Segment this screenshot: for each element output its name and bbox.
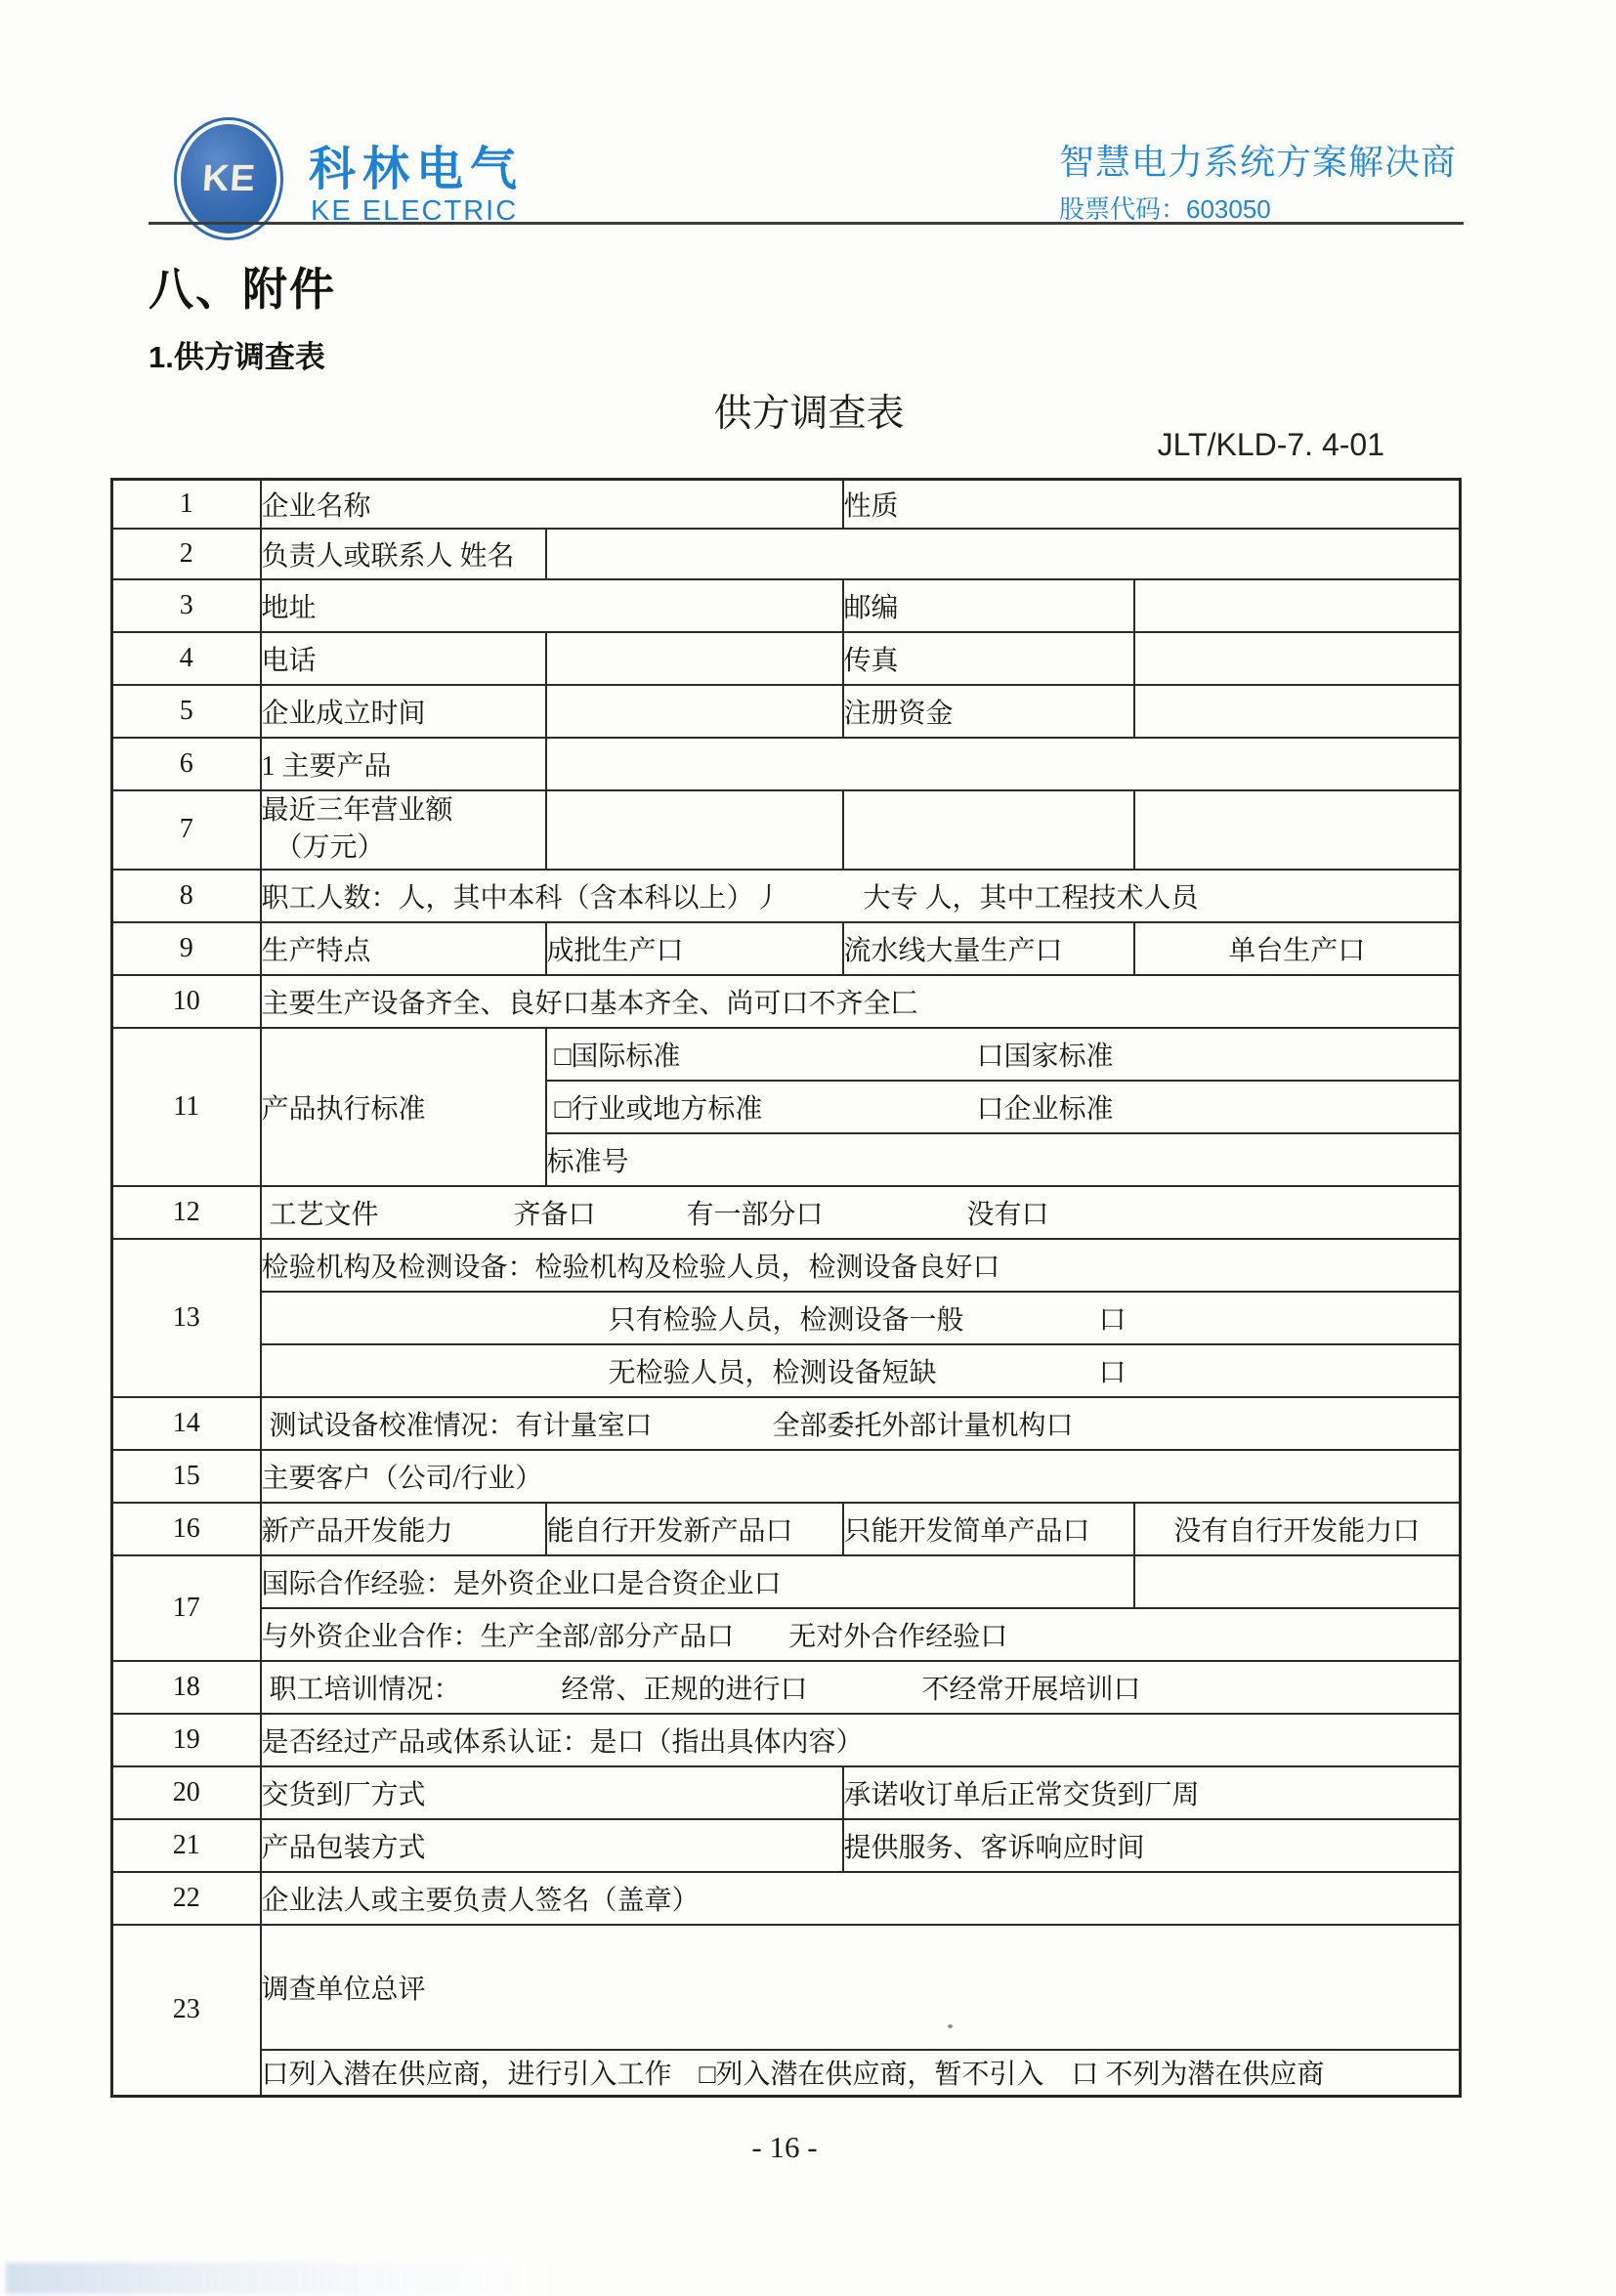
row20-number: 20 (112, 1766, 261, 1819)
row9-option-single-unit: 单台生产口 (1134, 922, 1461, 975)
table-row-1: 1 企业名称 性质 (112, 480, 1461, 529)
row11-option-industry-standard: □行业或地方标准 (555, 1087, 763, 1127)
row13-checkbox-average: 口 (1099, 1298, 1127, 1338)
row13-checkbox-lacking: 口 (1099, 1351, 1127, 1390)
row14-option-metrology-room: 测试设备校准情况：有计量室口 (270, 1404, 653, 1443)
table-row-3: 3 地址 邮编 (112, 579, 1461, 632)
row10-number: 10 (112, 975, 261, 1028)
row15-label-main-customers: 主要客户（公司/行业） (261, 1450, 1461, 1503)
row3-label-postcode: 邮编 (843, 579, 1134, 632)
table-row-6: 6 1 主要产品 (112, 738, 1461, 790)
row11-label-standard-number: 标准号 (546, 1133, 1461, 1186)
row11-label-product-standards: 产品执行标准 (261, 1028, 546, 1186)
row20-label-delivery-method: 交货到厂方式 (261, 1766, 843, 1819)
header-tagline: 智慧电力系统方案解决商 (1059, 135, 1457, 185)
row3-number: 3 (112, 579, 261, 632)
table-row-22: 22 企业法人或主要负责人签名（盖章） (112, 1872, 1461, 1925)
row4-label-fax: 传真 (843, 632, 1134, 685)
scan-smudge-artifact (6, 2263, 558, 2294)
row3-label-address: 地址 (261, 579, 843, 632)
header-divider-rule (149, 222, 1464, 225)
row16-label-rnd-capability: 新产品开发能力 (261, 1503, 546, 1555)
row13-inspection-good: 检验机构及检测设备：检验机构及检验人员，检测设备良好口 (261, 1239, 1461, 1292)
row2-label-contact-name: 负责人或联系人 姓名 (261, 529, 546, 579)
row2-value-blank (546, 529, 1461, 579)
row2-number: 2 (112, 529, 261, 579)
scanned-document-page: KE 科林电气 KE ELECTRIC 智慧电力系统方案解决商 股票代码：603… (0, 0, 1616, 2296)
row7-number: 7 (112, 790, 261, 870)
document-code: JLT/KLD-7. 4-01 (1068, 427, 1384, 463)
row1-label-company-name: 企业名称 (261, 480, 843, 529)
table-row-2: 2 负责人或联系人 姓名 (112, 529, 1461, 579)
row16-number: 16 (112, 1503, 261, 1555)
row6-number: 6 (112, 738, 261, 790)
row4-label-phone: 电话 (261, 632, 546, 685)
row17-intl-cooperation: 国际合作经验：是外资企业口是合资企业口 (261, 1555, 1134, 1608)
row12-process-documents: 工艺文件 齐备口 有一部分口 没有口 (261, 1186, 1461, 1239)
row15-number: 15 (112, 1450, 261, 1503)
row11-standards-industry-enterprise: □行业或地方标准 口企业标准 (546, 1081, 1461, 1133)
page-number: - 16 - (110, 2130, 1459, 2165)
row11-standards-intl-national: □国际标准 口国家标准 (546, 1028, 1461, 1081)
table-row-17a: 17 国际合作经验：是外资企业口是合资企业口 (112, 1555, 1461, 1608)
row18-option-regular: 经常、正规的进行口 (562, 1668, 808, 1707)
row5-label-registered-capital: 注册资金 (843, 685, 1134, 738)
table-row-10: 10 主要生产设备齐全、良好口基本齐全、尚可口不齐全匚 (112, 975, 1461, 1028)
row12-option-none: 没有口 (967, 1193, 1049, 1232)
row9-option-batch: 成批生产口 (546, 922, 843, 975)
row14-calibration: 测试设备校准情况：有计量室口 全部委托外部计量机构口 (261, 1397, 1461, 1450)
row18-option-irregular: 不经常开展培训口 (922, 1668, 1141, 1707)
table-row-20: 20 交货到厂方式 承诺收订单后正常交货到厂周 (112, 1766, 1461, 1819)
row7-label-revenue: 最近三年营业额 （万元） (261, 790, 546, 870)
table-row-7: 7 最近三年营业额 （万元） (112, 790, 1461, 870)
row14-number: 14 (112, 1397, 261, 1450)
row11-option-intl-standard: □国际标准 (555, 1035, 681, 1074)
row3-value-blank (1134, 579, 1461, 632)
logo-disc: KE (181, 124, 276, 234)
row19-certification: 是否经过产品或体系认证：是口（指出具体内容） (261, 1714, 1461, 1766)
row17-foreign-cooperation: 与外资企业合作：生产全部/部分产品口 无对外合作经验口 (261, 1608, 1461, 1661)
row8-staff-count-text: 职工人数：人，其中本科（含本科以上）丿 大专 人，其中工程技术人员 (261, 870, 1461, 922)
row10-equipment-text: 主要生产设备齐全、良好口基本齐全、尚可口不齐全匚 (261, 975, 1461, 1028)
row13-option-staff-only: 只有检验人员，检测设备一般 (609, 1298, 964, 1338)
table-row-15: 15 主要客户（公司/行业） (112, 1450, 1461, 1503)
row23-supplier-decision-options: 口列入潜在供应商，进行引入工作 □列入潜在供应商，暂不引入 口 不列为潜在供应商 (261, 2050, 1461, 2097)
table-row-5: 5 企业成立时间 注册资金 (112, 685, 1461, 738)
row1-label-nature: 性质 (843, 480, 1461, 529)
row5-number: 5 (112, 685, 261, 738)
table-row-18: 18 职工培训情况： 经常、正规的进行口 不经常开展培训口 (112, 1661, 1461, 1714)
row13-option-no-staff: 无检验人员，检测设备短缺 (609, 1351, 937, 1390)
row7-value-blank-1 (546, 790, 843, 870)
row12-number: 12 (112, 1186, 261, 1239)
row7-label-revenue-line2: （万元） (262, 829, 545, 867)
table-row-4: 4 电话 传真 (112, 632, 1461, 685)
row6-label-main-products: 1 主要产品 (261, 738, 546, 790)
table-row-23b: 口列入潜在供应商，进行引入工作 □列入潜在供应商，暂不引入 口 不列为潜在供应商 (112, 2050, 1461, 2097)
row11-number: 11 (112, 1028, 261, 1186)
row7-value-blank-2 (843, 790, 1134, 870)
row13-inspection-average: 只有检验人员，检测设备一般 口 (261, 1292, 1461, 1344)
row5-label-founded-date: 企业成立时间 (261, 685, 546, 738)
row21-label-packaging: 产品包装方式 (261, 1819, 843, 1872)
row17-value-blank (1134, 1555, 1461, 1608)
row9-option-assembly-line: 流水线大量生产口 (843, 922, 1134, 975)
row13-inspection-lacking: 无检验人员，检测设备短缺 口 (261, 1344, 1461, 1397)
row20-label-delivery-promise: 承诺收订单后正常交货到厂周 (843, 1766, 1461, 1819)
row8-number: 8 (112, 870, 261, 922)
table-row-8: 8 职工人数：人，其中本科（含本科以上）丿 大专 人，其中工程技术人员 (112, 870, 1461, 922)
row18-number: 18 (112, 1661, 261, 1714)
row16-option-self-develop: 能自行开发新产品口 (546, 1503, 843, 1555)
table-row-12: 12 工艺文件 齐备口 有一部分口 没有口 (112, 1186, 1461, 1239)
table-row-13c: 无检验人员，检测设备短缺 口 (112, 1344, 1461, 1397)
row22-label-signature: 企业法人或主要负责人签名（盖章） (261, 1872, 1461, 1925)
row5-value-blank-2 (1134, 685, 1461, 738)
row9-number: 9 (112, 922, 261, 975)
row4-value-blank-2 (1134, 632, 1461, 685)
company-name-cn: 科林电气 (309, 131, 524, 198)
row9-label-production-traits: 生产特点 (261, 922, 546, 975)
row21-number: 21 (112, 1819, 261, 1872)
row19-number: 19 (112, 1714, 261, 1766)
table-row-23a: 23 调查单位总评 (112, 1925, 1461, 2050)
row23-overall-evaluation: 调查单位总评 (261, 1925, 1461, 2050)
table-row-9: 9 生产特点 成批生产口 流水线大量生产口 单台生产口 (112, 922, 1461, 975)
table-row-11a: 11 产品执行标准 □国际标准 口国家标准 (112, 1028, 1461, 1081)
table-row-13a: 13 检验机构及检测设备：检验机构及检验人员，检测设备良好口 (112, 1239, 1461, 1292)
row6-value-blank (546, 738, 1461, 790)
row18-label-training: 职工培训情况： (270, 1668, 461, 1707)
row11-option-enterprise-standard: 口企业标准 (977, 1087, 1114, 1127)
subsection-heading: 1.供方调查表 (149, 332, 325, 376)
table-row-17b: 与外资企业合作：生产全部/部分产品口 无对外合作经验口 (112, 1608, 1461, 1661)
row21-label-service-response: 提供服务、客诉响应时间 (843, 1819, 1461, 1872)
row16-option-no-capability: 没有自行开发能力口 (1134, 1503, 1461, 1555)
row16-option-simple-only: 只能开发简单产品口 (843, 1503, 1134, 1555)
table-row-19: 19 是否经过产品或体系认证：是口（指出具体内容） (112, 1714, 1461, 1766)
row4-value-blank-1 (546, 632, 843, 685)
row12-option-complete: 齐备口 (514, 1193, 596, 1232)
row7-label-revenue-line1: 最近三年营业额 (262, 792, 545, 829)
supplier-survey-table: 1 企业名称 性质 2 负责人或联系人 姓名 3 地址 邮编 4 电话 传真 5… (110, 478, 1462, 2098)
logo-ke-monogram-icon: KE (200, 158, 257, 200)
row18-training: 职工培训情况： 经常、正规的进行口 不经常开展培训口 (261, 1661, 1461, 1714)
row12-option-partial: 有一部分口 (687, 1193, 824, 1232)
table-row-16: 16 新产品开发能力 能自行开发新产品口 只能开发简单产品口 没有自行开发能力口 (112, 1503, 1461, 1555)
stock-code: 股票代码：603050 (1059, 190, 1271, 226)
row5-value-blank-1 (546, 685, 843, 738)
table-row-14: 14 测试设备校准情况：有计量室口 全部委托外部计量机构口 (112, 1397, 1461, 1450)
row17-number: 17 (112, 1555, 261, 1661)
scan-dot-artifact (948, 2024, 953, 2028)
row23-number: 23 (112, 1925, 261, 2097)
row7-value-blank-3 (1134, 790, 1461, 870)
table-row-13b: 只有检验人员，检测设备一般 口 (112, 1292, 1461, 1344)
table-row-21: 21 产品包装方式 提供服务、客诉响应时间 (112, 1819, 1461, 1872)
section-heading: 八、附件 (149, 254, 336, 319)
row12-label-process-docs: 工艺文件 (270, 1193, 379, 1232)
row13-number: 13 (112, 1239, 261, 1397)
row22-number: 22 (112, 1872, 261, 1925)
row4-number: 4 (112, 632, 261, 685)
row1-number: 1 (112, 480, 261, 529)
row14-option-external-metrology: 全部委托外部计量机构口 (773, 1404, 1074, 1443)
row11-option-national-standard: 口国家标准 (977, 1035, 1114, 1074)
